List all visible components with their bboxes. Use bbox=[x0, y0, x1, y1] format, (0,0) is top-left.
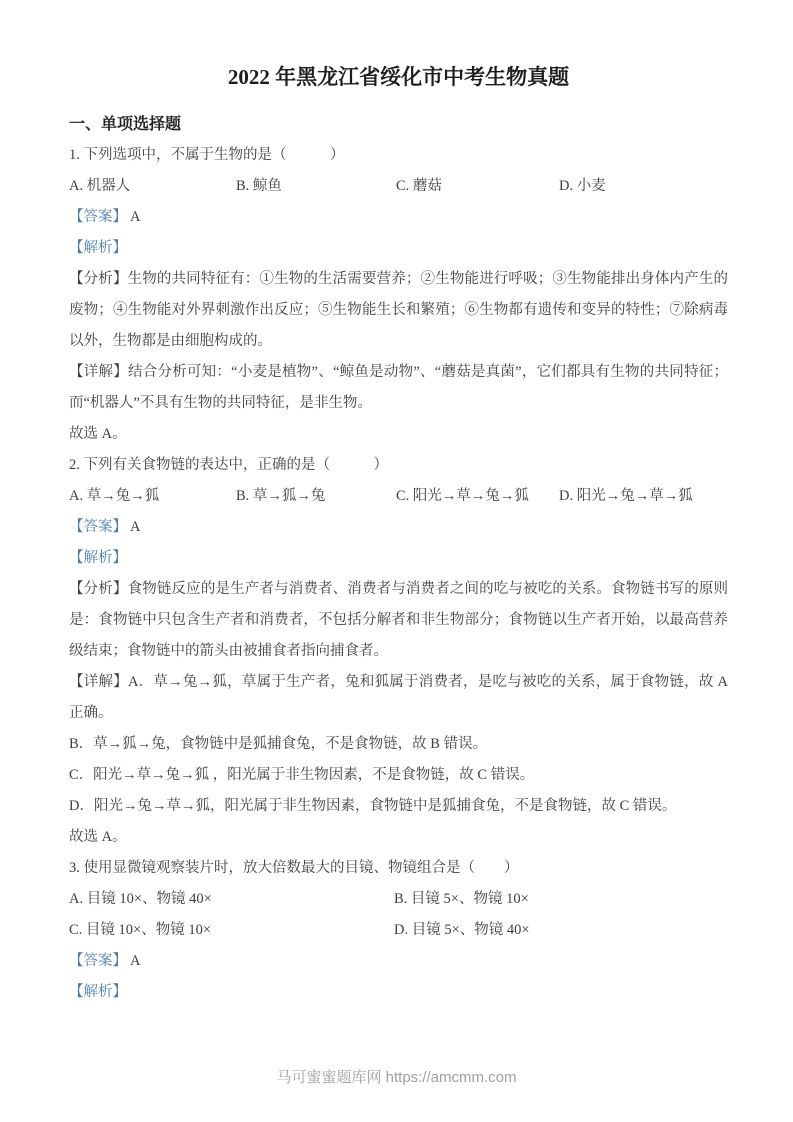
section-heading: 一、单项选择题 bbox=[69, 110, 728, 140]
question-3: 3. 使用显微镜观察装片时，放大倍数最大的目镜、物镜组合是（ ） A. 目镜 1… bbox=[69, 853, 728, 1008]
question-2: 2. 下列有关食物链的表达中，正确的是（ ） A. 草→兔→狐 B. 草→狐→兔… bbox=[69, 450, 728, 853]
question-2-option-b: B. 草→狐→兔 bbox=[236, 481, 396, 512]
answer-label: 【答案】 bbox=[69, 953, 127, 969]
question-2-detail-d: D．阳光→兔→草→狐，阳光属于非生物因素，食物链中是狐捕食兔，不是食物链，故 C… bbox=[69, 791, 728, 822]
analysis-label: 【解析】 bbox=[69, 550, 127, 566]
page-title: 2022 年黑龙江省绥化市中考生物真题 bbox=[69, 60, 728, 94]
question-2-detail-c: C．阳光→草→兔→狐 ，阳光属于非生物因素，不是食物链，故 C 错误。 bbox=[69, 760, 728, 791]
question-3-answer-line: 【答案】A bbox=[69, 946, 728, 977]
question-1-conclusion: 故选 A。 bbox=[69, 419, 728, 450]
question-2-stem: 2. 下列有关食物链的表达中，正确的是（ ） bbox=[69, 450, 728, 481]
analysis-label: 【解析】 bbox=[69, 240, 127, 256]
question-1-option-d: D. 小麦 bbox=[559, 171, 728, 202]
answer-label: 【答案】 bbox=[69, 209, 127, 225]
question-3-options-row-1: A. 目镜 10×、物镜 40× B. 目镜 5×、物镜 10× bbox=[69, 884, 728, 915]
question-2-answer-line: 【答案】A bbox=[69, 512, 728, 543]
question-2-option-d: D. 阳光→兔→草→狐 bbox=[559, 481, 728, 512]
answer-label: 【答案】 bbox=[69, 519, 127, 535]
question-3-option-a: A. 目镜 10×、物镜 40× bbox=[69, 884, 394, 915]
question-3-option-c: C. 目镜 10×、物镜 10× bbox=[69, 915, 394, 946]
question-1-answer-line: 【答案】A bbox=[69, 202, 728, 233]
answer-value: A bbox=[130, 519, 140, 535]
question-1-stem: 1. 下列选项中，不属于生物的是（ ） bbox=[69, 140, 728, 171]
question-2-conclusion: 故选 A。 bbox=[69, 822, 728, 853]
question-2-option-c: C. 阳光→草→兔→狐 bbox=[396, 481, 559, 512]
question-1-detail-paragraph: 【详解】结合分析可知：“小麦是植物”、“鲸鱼是动物”、“蘑菇是真菌”，它们都具有… bbox=[69, 357, 728, 419]
question-1: 1. 下列选项中，不属于生物的是（ ） A. 机器人 B. 鲸鱼 C. 蘑菇 D… bbox=[69, 140, 728, 450]
question-2-analysis-paragraph: 【分析】食物链反应的是生产者与消费者、消费者与消费者之间的吃与被吃的关系。食物链… bbox=[69, 574, 728, 667]
question-1-option-b: B. 鲸鱼 bbox=[236, 171, 396, 202]
question-1-analysis-paragraph: 【分析】生物的共同特征有：①生物的生活需要营养；②生物能进行呼吸；③生物能排出身… bbox=[69, 264, 728, 357]
question-2-detail-a: 【详解】A．草→兔→狐，草属于生产者，兔和狐属于消费者，是吃与被吃的关系，属于食… bbox=[69, 667, 728, 729]
answer-value: A bbox=[130, 209, 140, 225]
site-footer: 马可蜜蜜题库网 https://amcmm.com bbox=[0, 1064, 793, 1092]
question-1-option-c: C. 蘑菇 bbox=[396, 171, 559, 202]
question-1-option-a: A. 机器人 bbox=[69, 171, 236, 202]
answer-value: A bbox=[130, 953, 140, 969]
question-3-options-row-2: C. 目镜 10×、物镜 10× D. 目镜 5×、物镜 40× bbox=[69, 915, 728, 946]
question-1-analysis-line: 【解析】 bbox=[69, 233, 728, 264]
question-3-stem: 3. 使用显微镜观察装片时，放大倍数最大的目镜、物镜组合是（ ） bbox=[69, 853, 728, 884]
question-2-detail-b: B．草→狐→兔，食物链中是狐捕食兔，不是食物链，故 B 错误。 bbox=[69, 729, 728, 760]
question-1-options: A. 机器人 B. 鲸鱼 C. 蘑菇 D. 小麦 bbox=[69, 171, 728, 202]
question-2-option-a: A. 草→兔→狐 bbox=[69, 481, 236, 512]
document-page: 2022 年黑龙江省绥化市中考生物真题 一、单项选择题 1. 下列选项中，不属于… bbox=[0, 0, 793, 1008]
question-2-analysis-line: 【解析】 bbox=[69, 543, 728, 574]
question-3-option-d: D. 目镜 5×、物镜 40× bbox=[394, 915, 728, 946]
question-2-options: A. 草→兔→狐 B. 草→狐→兔 C. 阳光→草→兔→狐 D. 阳光→兔→草→… bbox=[69, 481, 728, 512]
question-3-analysis-line: 【解析】 bbox=[69, 977, 728, 1008]
analysis-label: 【解析】 bbox=[69, 984, 127, 1000]
question-3-option-b: B. 目镜 5×、物镜 10× bbox=[394, 884, 728, 915]
